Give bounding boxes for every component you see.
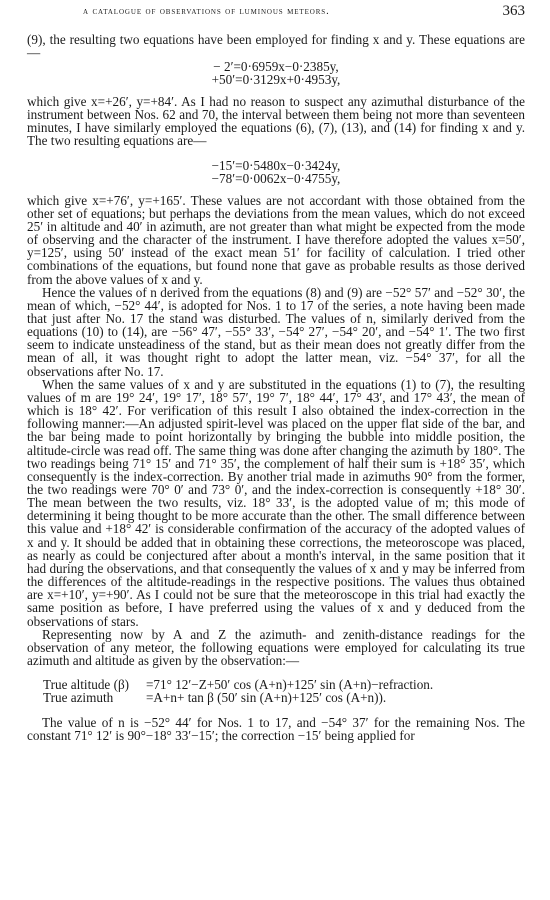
paragraph: Hence the values of n derived from the e… <box>27 286 525 378</box>
paragraph: When the same values of x and y are subs… <box>27 378 525 628</box>
paragraph: Representing now by A and Z the azimuth-… <box>27 628 525 667</box>
page-number: 363 <box>503 3 526 20</box>
equation-expression: =A+n+ tan β (50′ sin (A+n)+125′ cos (A+n… <box>146 691 386 704</box>
equation-set-2: −15′=0·5480x−0·3424y, −78′=0·0062x−0·475… <box>27 159 525 185</box>
paragraph: which give x=+76′, y=+165′. These values… <box>27 194 525 286</box>
equation-set-3: True altitude (β) =71° 12′−Z+50′ cos (A+… <box>43 678 525 704</box>
equation-row: True azimuth =A+n+ tan β (50′ sin (A+n)+… <box>43 691 525 704</box>
equation: −78′=0·0062x−0·4755y, <box>27 172 525 185</box>
running-head: A CATALOGUE OF OBSERVATIONS OF LUMINOUS … <box>27 4 525 20</box>
equation-set-1: − 2′=0·6959x−0·2385y, +50′=0·3129x+0·495… <box>27 60 525 86</box>
paragraph: The value of n is −52° 44′ for Nos. 1 to… <box>27 716 525 742</box>
running-title: A CATALOGUE OF OBSERVATIONS OF LUMINOUS … <box>83 6 330 17</box>
document-body: (9), the resulting two equations have be… <box>27 33 525 742</box>
paragraph: (9), the resulting two equations have be… <box>27 33 525 59</box>
equation: +50′=0·3129x+0·4953y, <box>27 73 525 86</box>
paragraph: which give x=+26′, y=+84′. As I had no r… <box>27 95 525 148</box>
equation-label: True azimuth <box>43 691 146 704</box>
